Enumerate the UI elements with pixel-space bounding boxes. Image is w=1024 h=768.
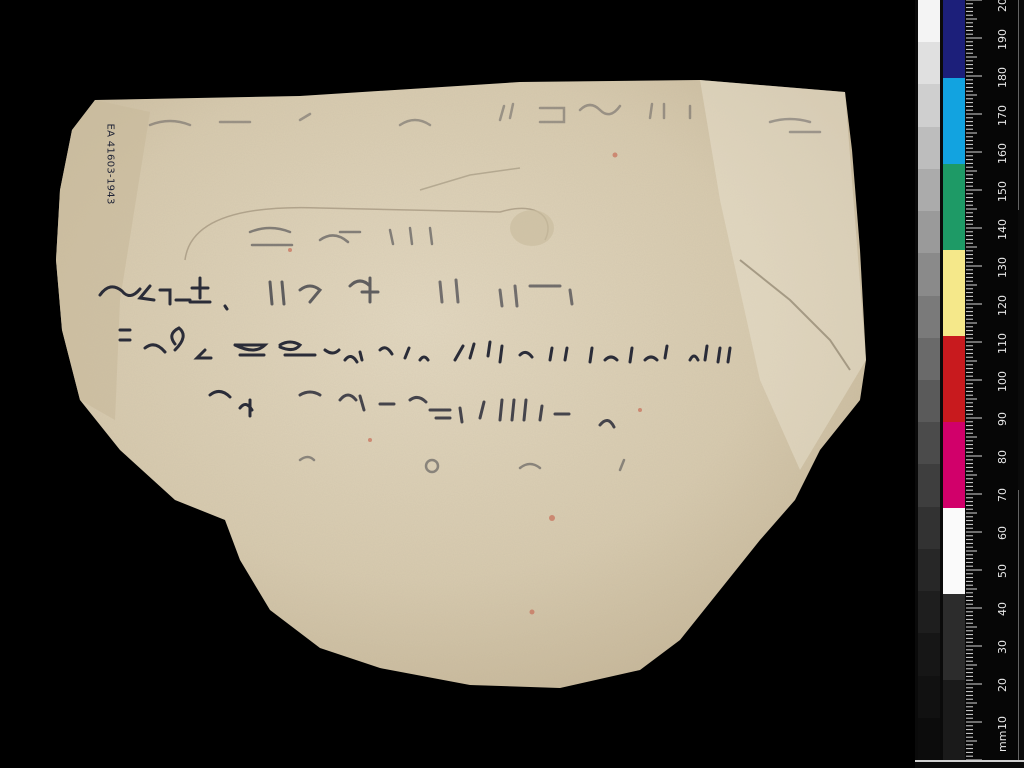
grey-patch [918,169,940,211]
color-patch-red [943,336,965,422]
color-patch-green [943,164,965,250]
grey-patch [918,718,940,760]
grey-patch [918,42,940,84]
object-photograph: EA 41603-1943 [0,0,915,768]
ruler-label-190: 190 [996,20,1009,50]
ruler-label-140: 140 [996,210,1009,240]
ruler-label-130: 130 [996,248,1009,278]
ruler-label-30: 30 [996,624,1009,654]
grey-patch [918,676,940,718]
grey-patch [918,84,940,126]
grey-patch [918,464,940,506]
grey-patch [918,591,940,633]
color-calibration-scale: 1020304050607080901001101201301401501601… [915,0,1024,768]
grey-patch [918,422,940,464]
grey-patch [918,380,940,422]
grey-scale-strip [918,0,940,760]
color-patch-black [943,680,965,760]
grey-patch [918,338,940,380]
grey-patch [918,507,940,549]
ruler-label-50: 50 [996,548,1009,578]
scale-baseline [915,760,1024,762]
color-patch-strip [943,0,965,760]
grey-patch [918,211,940,253]
ruler-label-100: 100 [996,362,1009,392]
grey-patch [918,296,940,338]
ruler-ticks [966,0,1018,760]
ruler-label-170: 170 [996,96,1009,126]
grey-patch [918,127,940,169]
color-patch-cyan [943,78,965,164]
color-patch-navy [943,0,965,78]
ruler-label-120: 120 [996,286,1009,316]
ostracon-stone [0,0,915,768]
ruler-label-90: 90 [996,396,1009,426]
accession-number: EA 41603-1943 [105,124,116,244]
color-patch-white [943,508,965,594]
grey-patch [918,633,940,675]
grey-patch [918,253,940,295]
ruler-label-70: 70 [996,472,1009,502]
color-patch-magenta [943,422,965,508]
ruler-label-150: 150 [996,172,1009,202]
ruler-label-20: 20 [996,662,1009,692]
ruler-label-60: 60 [996,510,1009,540]
color-patch-yellow [943,250,965,336]
mm-ruler: 1020304050607080901001101201301401501601… [966,0,1018,760]
ruler-label-160: 160 [996,134,1009,164]
edge-ruler-ticks [1018,0,1024,768]
ruler-label-200: 200 [996,0,1009,12]
grey-patch [918,549,940,591]
color-patch-dark-grey [943,594,965,680]
ruler-label-80: 80 [996,434,1009,464]
ruler-label-40: 40 [996,586,1009,616]
grey-patch [918,0,940,42]
ruler-unit-label: mm [996,722,1009,752]
ruler-label-110: 110 [996,324,1009,354]
ruler-label-180: 180 [996,58,1009,88]
